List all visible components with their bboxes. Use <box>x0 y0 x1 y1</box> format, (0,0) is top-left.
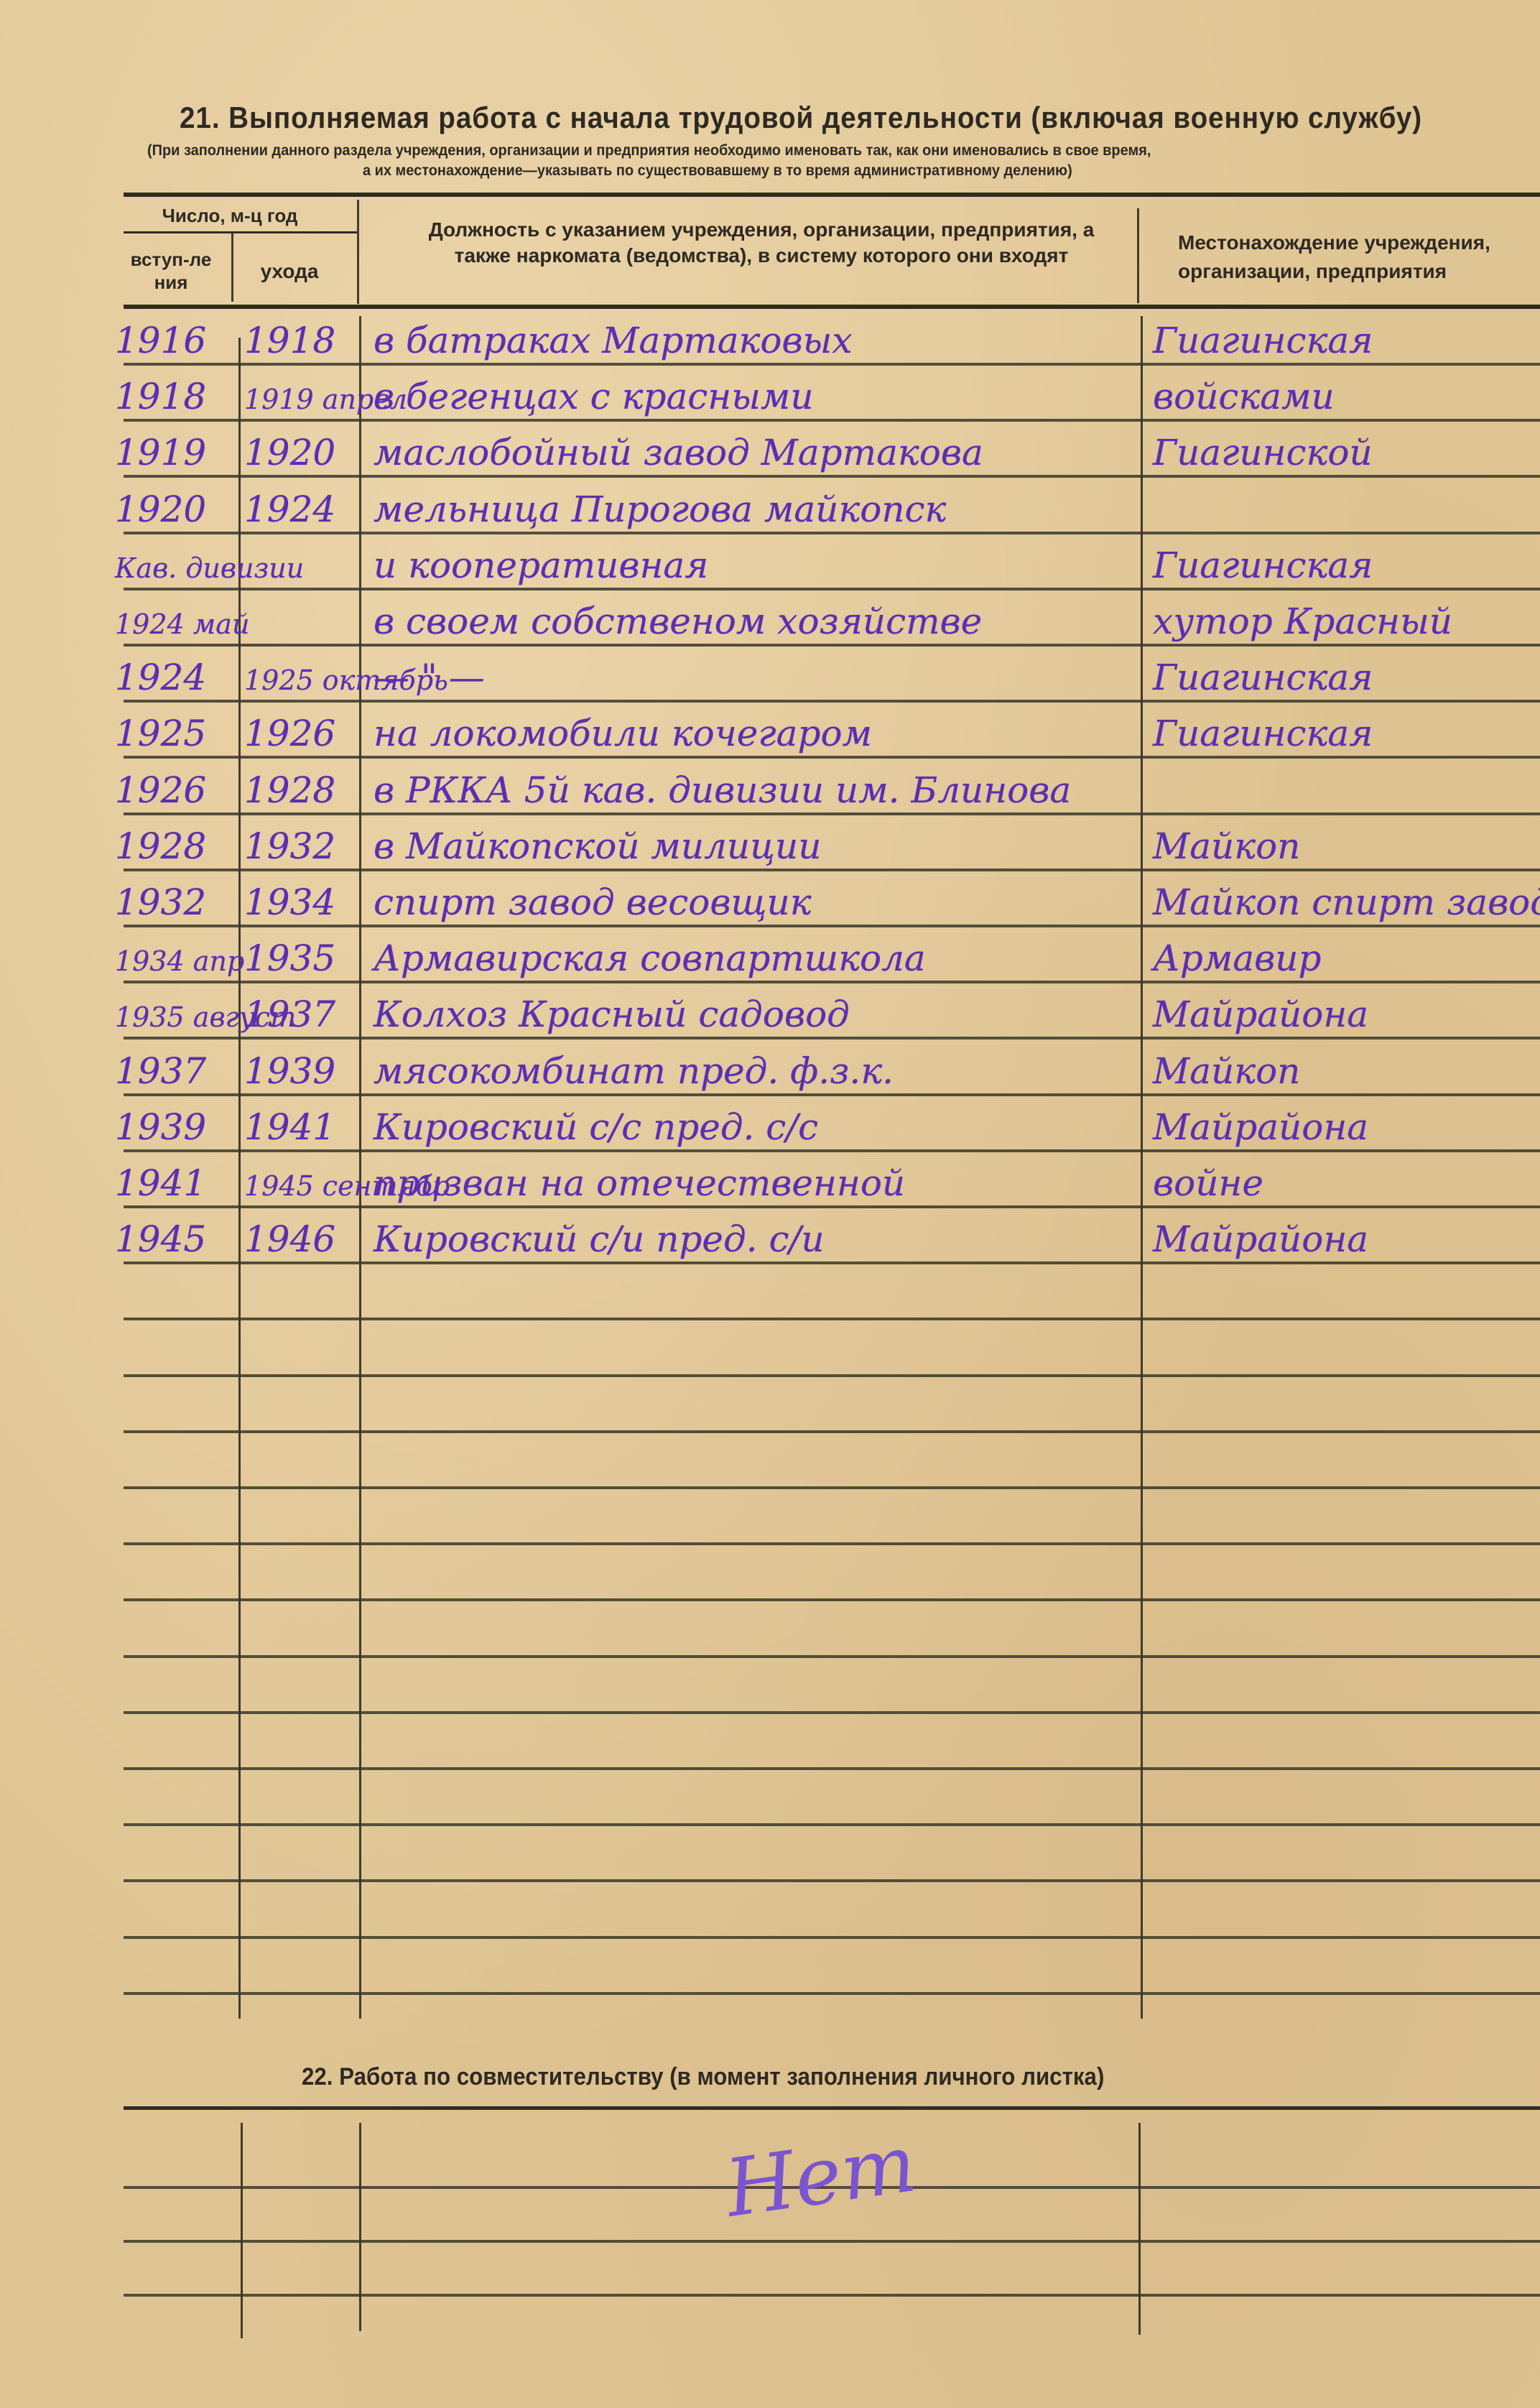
table-row-line <box>124 1655 1540 1658</box>
header-end: ухода <box>228 260 351 283</box>
row-position: — " — <box>374 659 485 695</box>
table-row-line <box>124 1598 1540 1601</box>
row-start-date: 1945 <box>115 1221 206 1257</box>
row-start-date: 1941 <box>115 1165 206 1201</box>
row-position: мясокомбинат пред. ф.з.к. <box>374 1053 894 1089</box>
table-row-line <box>124 419 1540 422</box>
header-start: вступ-ления <box>128 248 214 294</box>
table-row-line <box>124 1767 1540 1770</box>
row-location: Армавир <box>1153 940 1321 976</box>
row-location: Гиагинской <box>1153 435 1373 471</box>
row-location: Майрайона <box>1153 1221 1368 1257</box>
row-start-date: 1928 <box>115 828 206 864</box>
row-end-date: 1928 <box>244 772 335 808</box>
table-row-line <box>124 981 1540 983</box>
table-row-line <box>124 1823 1540 1826</box>
table-row-line <box>124 1430 1540 1433</box>
table-row-line <box>124 700 1540 703</box>
row-end-date: 1924 <box>244 491 335 527</box>
row-position: Армавирская совпартшкола <box>374 940 926 976</box>
table-row-line <box>124 588 1540 591</box>
table-row-line <box>124 1037 1540 1039</box>
section-22-line-2 <box>124 2240 1540 2243</box>
row-start-date: 1920 <box>115 491 206 527</box>
row-location: войне <box>1153 1165 1263 1201</box>
row-location: Майкоп <box>1153 828 1300 864</box>
row-position: в бегенцах с красными <box>374 379 814 415</box>
row-start-date: 1932 <box>115 884 206 920</box>
row-end-date: 1934 <box>244 884 335 920</box>
row-end-date: 1926 <box>244 716 335 751</box>
row-start-date: 1934 апр <box>115 948 244 975</box>
table-row-line <box>124 475 1540 478</box>
row-position: маслобойный завод Мартакова <box>374 435 983 471</box>
row-position: мельница Пирогова майкопск <box>374 491 946 527</box>
table-row-line <box>124 532 1540 534</box>
row-end-date: 1941 <box>244 1109 335 1145</box>
row-location: Майкоп спирт завод <box>1153 884 1540 920</box>
section-22-entry-handwritten: Нет <box>720 2117 922 2235</box>
row-start-date: 1919 <box>115 435 206 471</box>
table-row-line <box>124 1936 1540 1939</box>
table-row-line <box>124 756 1540 759</box>
row-position: Кировский с/и пред. с/и <box>374 1221 825 1257</box>
row-end-date: 1932 <box>244 828 335 864</box>
row-position: призван на отечественной <box>374 1165 905 1201</box>
table-row-line <box>124 1542 1540 1545</box>
column-divider-dates-position <box>359 316 361 2019</box>
row-position: и кооперативная <box>374 547 708 583</box>
row-position: Кировский с/с пред. с/с <box>374 1109 818 1145</box>
row-position: спирт завод весовщик <box>374 884 812 920</box>
header-bottom-rule <box>124 305 1540 309</box>
row-start-date: 1924 <box>115 659 206 695</box>
row-start-date: 1924 май <box>115 611 249 638</box>
row-location: Майкоп <box>1153 1053 1300 1089</box>
row-location: Майрайона <box>1153 1109 1368 1145</box>
table-row-line <box>124 1261 1540 1264</box>
row-start-date: 1916 <box>115 323 206 358</box>
row-end-date: 1918 <box>244 323 335 358</box>
header-position: Должность с указанием учреждения, органи… <box>402 217 1121 269</box>
table-row-line <box>124 363 1540 366</box>
table-row-line <box>124 644 1540 647</box>
row-end-date: 1939 <box>244 1053 335 1089</box>
row-position: Колхоз Красный садовод <box>374 996 850 1032</box>
top-rule <box>124 193 1540 197</box>
table-row-line <box>124 1486 1540 1489</box>
section-22-divider-2 <box>359 2123 361 2331</box>
row-end-date: 1937 <box>244 996 335 1032</box>
table-row-line <box>124 1992 1540 1995</box>
row-position: на локомобили кочегаром <box>374 716 872 751</box>
row-start-date: 1937 <box>115 1053 206 1089</box>
section-21-note-line-2: а их местонахождение—указывать по сущест… <box>363 162 1072 180</box>
column-divider-dates-position-header <box>357 200 359 304</box>
row-start-date: Кав. дивизии <box>115 555 304 582</box>
column-divider-start-end-header <box>231 233 233 302</box>
section-22-top-rule <box>124 2106 1540 2110</box>
row-location: хутор Красный <box>1153 603 1452 639</box>
row-position: в Майкопской милиции <box>374 828 821 864</box>
row-end-date: 1920 <box>244 435 335 471</box>
row-position: в своем собственом хозяйстве <box>374 603 982 639</box>
section-22-divider-1 <box>241 2123 243 2338</box>
row-location: Гиагинская <box>1153 659 1373 695</box>
row-position: в батраках Мартаковых <box>374 323 853 358</box>
section-22-line-3 <box>124 2294 1540 2297</box>
column-divider-position-location-header <box>1137 208 1139 303</box>
table-row-line <box>124 869 1540 871</box>
row-start-date: 1939 <box>115 1109 206 1145</box>
row-start-date: 1926 <box>115 772 206 808</box>
row-end-date: 1946 <box>244 1221 335 1257</box>
header-date-group: Число, м-ц год <box>126 204 334 227</box>
section-22-divider-3 <box>1138 2123 1141 2335</box>
section-21-note-line-1: (При заполнении данного раздела учрежден… <box>147 142 1151 159</box>
table-row-line <box>124 925 1540 927</box>
row-location: Гиагинская <box>1153 323 1373 358</box>
table-row-line <box>124 1205 1540 1208</box>
table-row-line <box>124 1879 1540 1882</box>
table-row-line <box>124 1711 1540 1714</box>
section-21-title: 21. Выполняемая работа с начала трудовой… <box>180 101 1422 135</box>
row-location: Гиагинская <box>1153 716 1373 751</box>
table-row-line <box>124 1093 1540 1096</box>
column-divider-position-location <box>1141 316 1143 2019</box>
row-location: Майрайона <box>1153 996 1368 1032</box>
table-row-line <box>124 1374 1540 1377</box>
table-row-line <box>124 1318 1540 1320</box>
row-end-date: 1935 <box>244 940 335 976</box>
section-22-title: 22. Работа по совместительству (в момент… <box>302 2063 1104 2091</box>
header-location: Местонахождение учреждения, организации,… <box>1178 228 1540 286</box>
table-row-line <box>124 1149 1540 1152</box>
row-start-date: 1925 <box>115 716 206 751</box>
row-start-date: 1918 <box>115 379 206 415</box>
row-position: в РККА 5й кав. дивизии им. Блинова <box>374 772 1071 808</box>
header-date-subrule <box>124 231 357 233</box>
row-location: войсками <box>1153 379 1335 415</box>
table-row-line <box>124 812 1540 815</box>
row-location: Гиагинская <box>1153 547 1373 583</box>
